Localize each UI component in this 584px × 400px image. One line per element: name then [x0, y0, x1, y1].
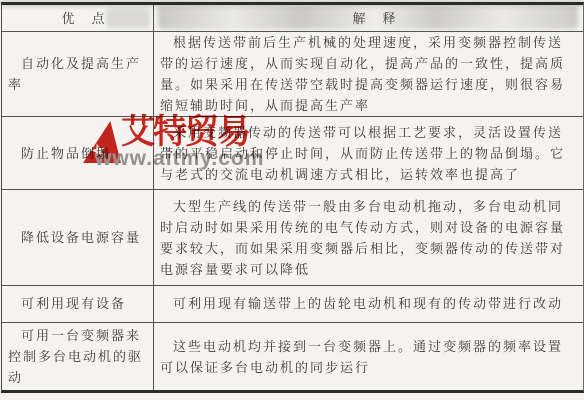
explanation-cell: 大型生产线的传送带一般由多台电动机拖动，多台电动机同时启动时如果采用传统的电气传… [154, 190, 583, 285]
advantages-table: 优 点 解 释 自动化及提高生产率 根据传送带前后生产机械的处理速度，采用变频器… [1, 2, 584, 393]
header-cell-advantage: 优 点 [2, 5, 154, 31]
explanation-cell: 可利用现有输送带上的齿轮电动机和现有的传动带进行改动 [154, 286, 583, 322]
advantage-cell: 防止物品倒塌 [2, 117, 154, 189]
explanation-cell: 采用变频器传动的传送带可以根据工艺要求，灵活设置传送带的平稳启动和停止时间，从而… [154, 117, 583, 189]
table-header-row: 优 点 解 释 [2, 5, 583, 32]
explanation-text: 可利用现有输送带上的齿轮电动机和现有的传动带进行改动 [160, 293, 577, 314]
advantage-text: 可用一台变频器来控制多台电动机的驱动 [8, 325, 147, 388]
explanation-text: 大型生产线的传送带一般由多台电动机拖动，多台电动机同时启动时如果采用传统的电气传… [160, 196, 577, 280]
table-row: 可用一台变频器来控制多台电动机的驱动 这些电动机均并接到一台变频器上。通过变频器… [2, 323, 583, 390]
table-row: 降低设备电源容量 大型生产线的传送带一般由多台电动机拖动，多台电动机同时启动时如… [2, 190, 583, 286]
advantage-cell: 自动化及提高生产率 [2, 32, 154, 116]
advantage-cell: 可利用现有设备 [2, 286, 154, 322]
explanation-cell: 根据传送带前后生产机械的处理速度，采用变频器控制传送带的运行速度，从而实现自动化… [154, 32, 583, 116]
advantage-text: 防止物品倒塌 [8, 143, 147, 164]
explanation-text: 这些电动机均并接到一台变频器上。通过变频器的频率设置可以保证多台电动机的同步运行 [160, 336, 577, 378]
advantage-cell: 可用一台变频器来控制多台电动机的驱动 [2, 323, 154, 390]
table-row: 自动化及提高生产率 根据传送带前后生产机械的处理速度，采用变频器控制传送带的运行… [2, 32, 583, 117]
advantage-text: 自动化及提高生产率 [8, 53, 147, 95]
table-row: 可利用现有设备 可利用现有输送带上的齿轮电动机和现有的传动带进行改动 [2, 286, 583, 323]
scanned-document-page: 优 点 解 释 自动化及提高生产率 根据传送带前后生产机械的处理速度，采用变频器… [0, 0, 584, 400]
explanation-text: 根据传送带前后生产机械的处理速度，采用变频器控制传送带的运行速度，从而实现自动化… [160, 32, 577, 116]
explanation-cell: 这些电动机均并接到一台变频器上。通过变频器的频率设置可以保证多台电动机的同步运行 [154, 323, 583, 390]
advantage-text: 降低设备电源容量 [8, 227, 147, 248]
explanation-column-header: 解 释 [339, 8, 397, 29]
header-cell-explanation: 解 释 [154, 5, 583, 31]
table-row: 防止物品倒塌 采用变频器传动的传送带可以根据工艺要求，灵活设置传送带的平稳启动和… [2, 117, 583, 190]
explanation-text: 采用变频器传动的传送带可以根据工艺要求，灵活设置传送带的平稳启动和停止时间，从而… [160, 122, 577, 185]
advantage-text: 可利用现有设备 [8, 293, 147, 314]
advantage-column-header: 优 点 [48, 8, 106, 29]
advantage-cell: 降低设备电源容量 [2, 190, 154, 285]
